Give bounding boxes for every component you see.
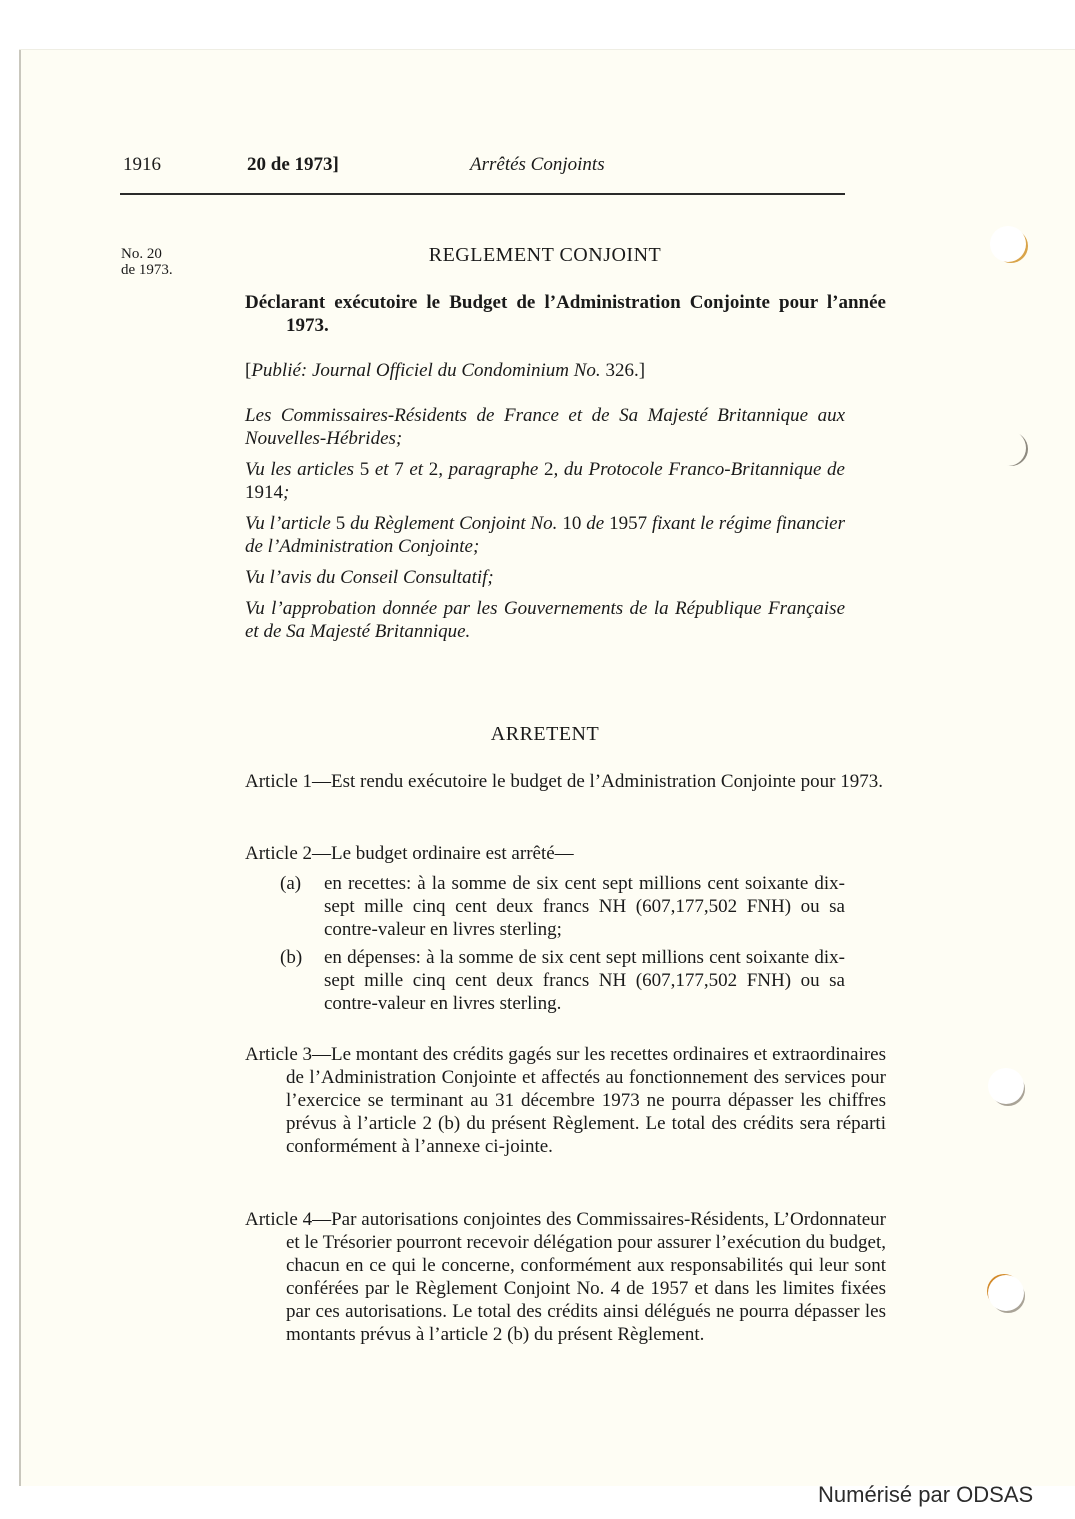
article-2-item-b: (b) en dépenses: à la somme de six cent … <box>280 946 845 1015</box>
digitization-watermark: Numérisé par ODSAS <box>818 1482 1033 1508</box>
preamble: Les Commissaires-Résidents de France et … <box>245 404 845 651</box>
article-2: Article 2—Le budget ordinaire est arrêté… <box>245 842 845 865</box>
punch-hole <box>988 1068 1024 1104</box>
margin-note: No. 20 de 1973. <box>121 246 173 278</box>
regulation-reference: 20 de 1973] <box>247 154 339 176</box>
item-text: en recettes: à la somme de six cent sept… <box>324 872 845 941</box>
publication-number: 326.] <box>601 360 645 381</box>
publication-journal: Publié: Journal Officiel du Condominium … <box>251 360 600 381</box>
preamble-clause: Vu les articles 5 et 7 et 2, paragraphe … <box>245 458 845 504</box>
preamble-clause: Vu l’avis du Conseil Consultatif; <box>245 566 845 589</box>
item-label: (b) <box>280 946 316 969</box>
punch-hole <box>988 1275 1024 1311</box>
document-subtitle: Déclarant exécutoire le Budget de l’Admi… <box>245 291 886 337</box>
margin-note-line: de 1973. <box>121 262 173 278</box>
article-4: Article 4—Par autorisations conjointes d… <box>245 1208 886 1346</box>
publication-note: [Publié: Journal Officiel du Condominium… <box>245 359 845 382</box>
article-3: Article 3—Le montant des crédits gagés s… <box>245 1043 886 1158</box>
punch-hole <box>990 430 1026 466</box>
item-text: en dépenses: à la somme de six cent sept… <box>324 946 845 1015</box>
margin-note-line: No. 20 <box>121 246 173 262</box>
item-label: (a) <box>280 872 316 895</box>
arretent-heading: ARRETENT <box>245 723 845 746</box>
header-rule <box>120 193 845 195</box>
document-heading: REGLEMENT CONJOINT <box>245 244 845 267</box>
punch-hole <box>990 226 1026 262</box>
page-number: 1916 <box>123 154 161 176</box>
preamble-clause: Vu l’approbation donnée par les Gouverne… <box>245 597 845 643</box>
preamble-clause: Vu l’article 5 du Règlement Conjoint No.… <box>245 512 845 558</box>
running-title: Arrêtés Conjoints <box>470 154 605 176</box>
article-1: Article 1—Est rendu exécutoire le budget… <box>245 770 886 793</box>
article-2-item-a: (a) en recettes: à la somme de six cent … <box>280 872 845 941</box>
preamble-clause: Les Commissaires-Résidents de France et … <box>245 404 845 450</box>
